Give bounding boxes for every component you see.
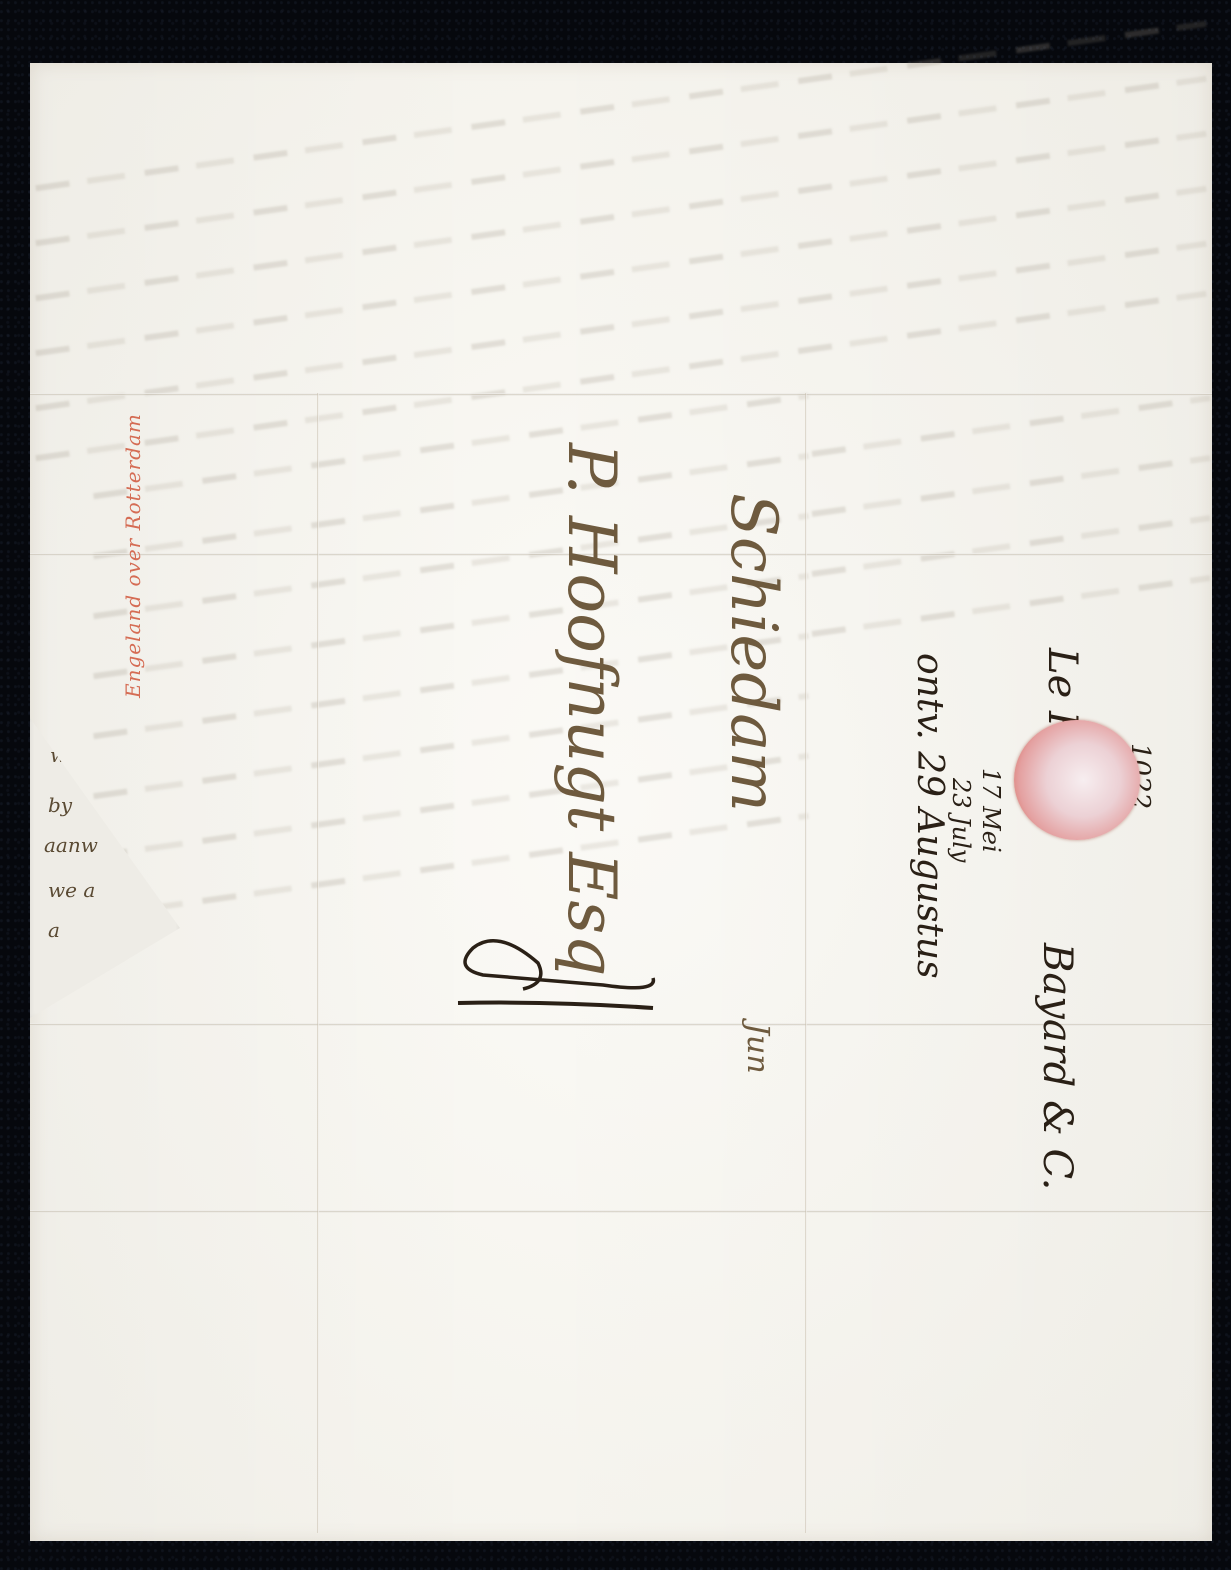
fold-line-left (317, 393, 319, 1533)
fold-line-right (805, 393, 807, 1533)
p-postal-mark (453, 923, 658, 1013)
docket-date-2: 23 July (947, 778, 975, 862)
flap-text: we a (48, 878, 95, 902)
fold-line-bottom (30, 1210, 1212, 1213)
fold-line-top (30, 393, 1212, 396)
address-name: P. Hoofnugt Esq (553, 443, 630, 977)
docket-sender-2: Bayard & C. (1034, 943, 1080, 1190)
inner-flap: w by aanw we a a (30, 718, 180, 1018)
docket-received: ontv. 29 Augustus (909, 653, 950, 979)
address-extra: Jun (740, 1023, 775, 1074)
docket-date-1: 17 Mei (977, 768, 1005, 853)
letter-sheet: w by aanw we a a Engeland over Rotterdam… (30, 63, 1212, 1541)
flap-text: by (48, 793, 72, 817)
flap-text: a (48, 918, 60, 942)
flap-text: w (50, 743, 67, 767)
address-city: Schiedam (716, 493, 790, 812)
flap-text: aanw (44, 833, 98, 857)
red-postal-handstamp: Engeland over Rotterdam (122, 413, 144, 698)
red-wax-seal (1014, 720, 1140, 840)
